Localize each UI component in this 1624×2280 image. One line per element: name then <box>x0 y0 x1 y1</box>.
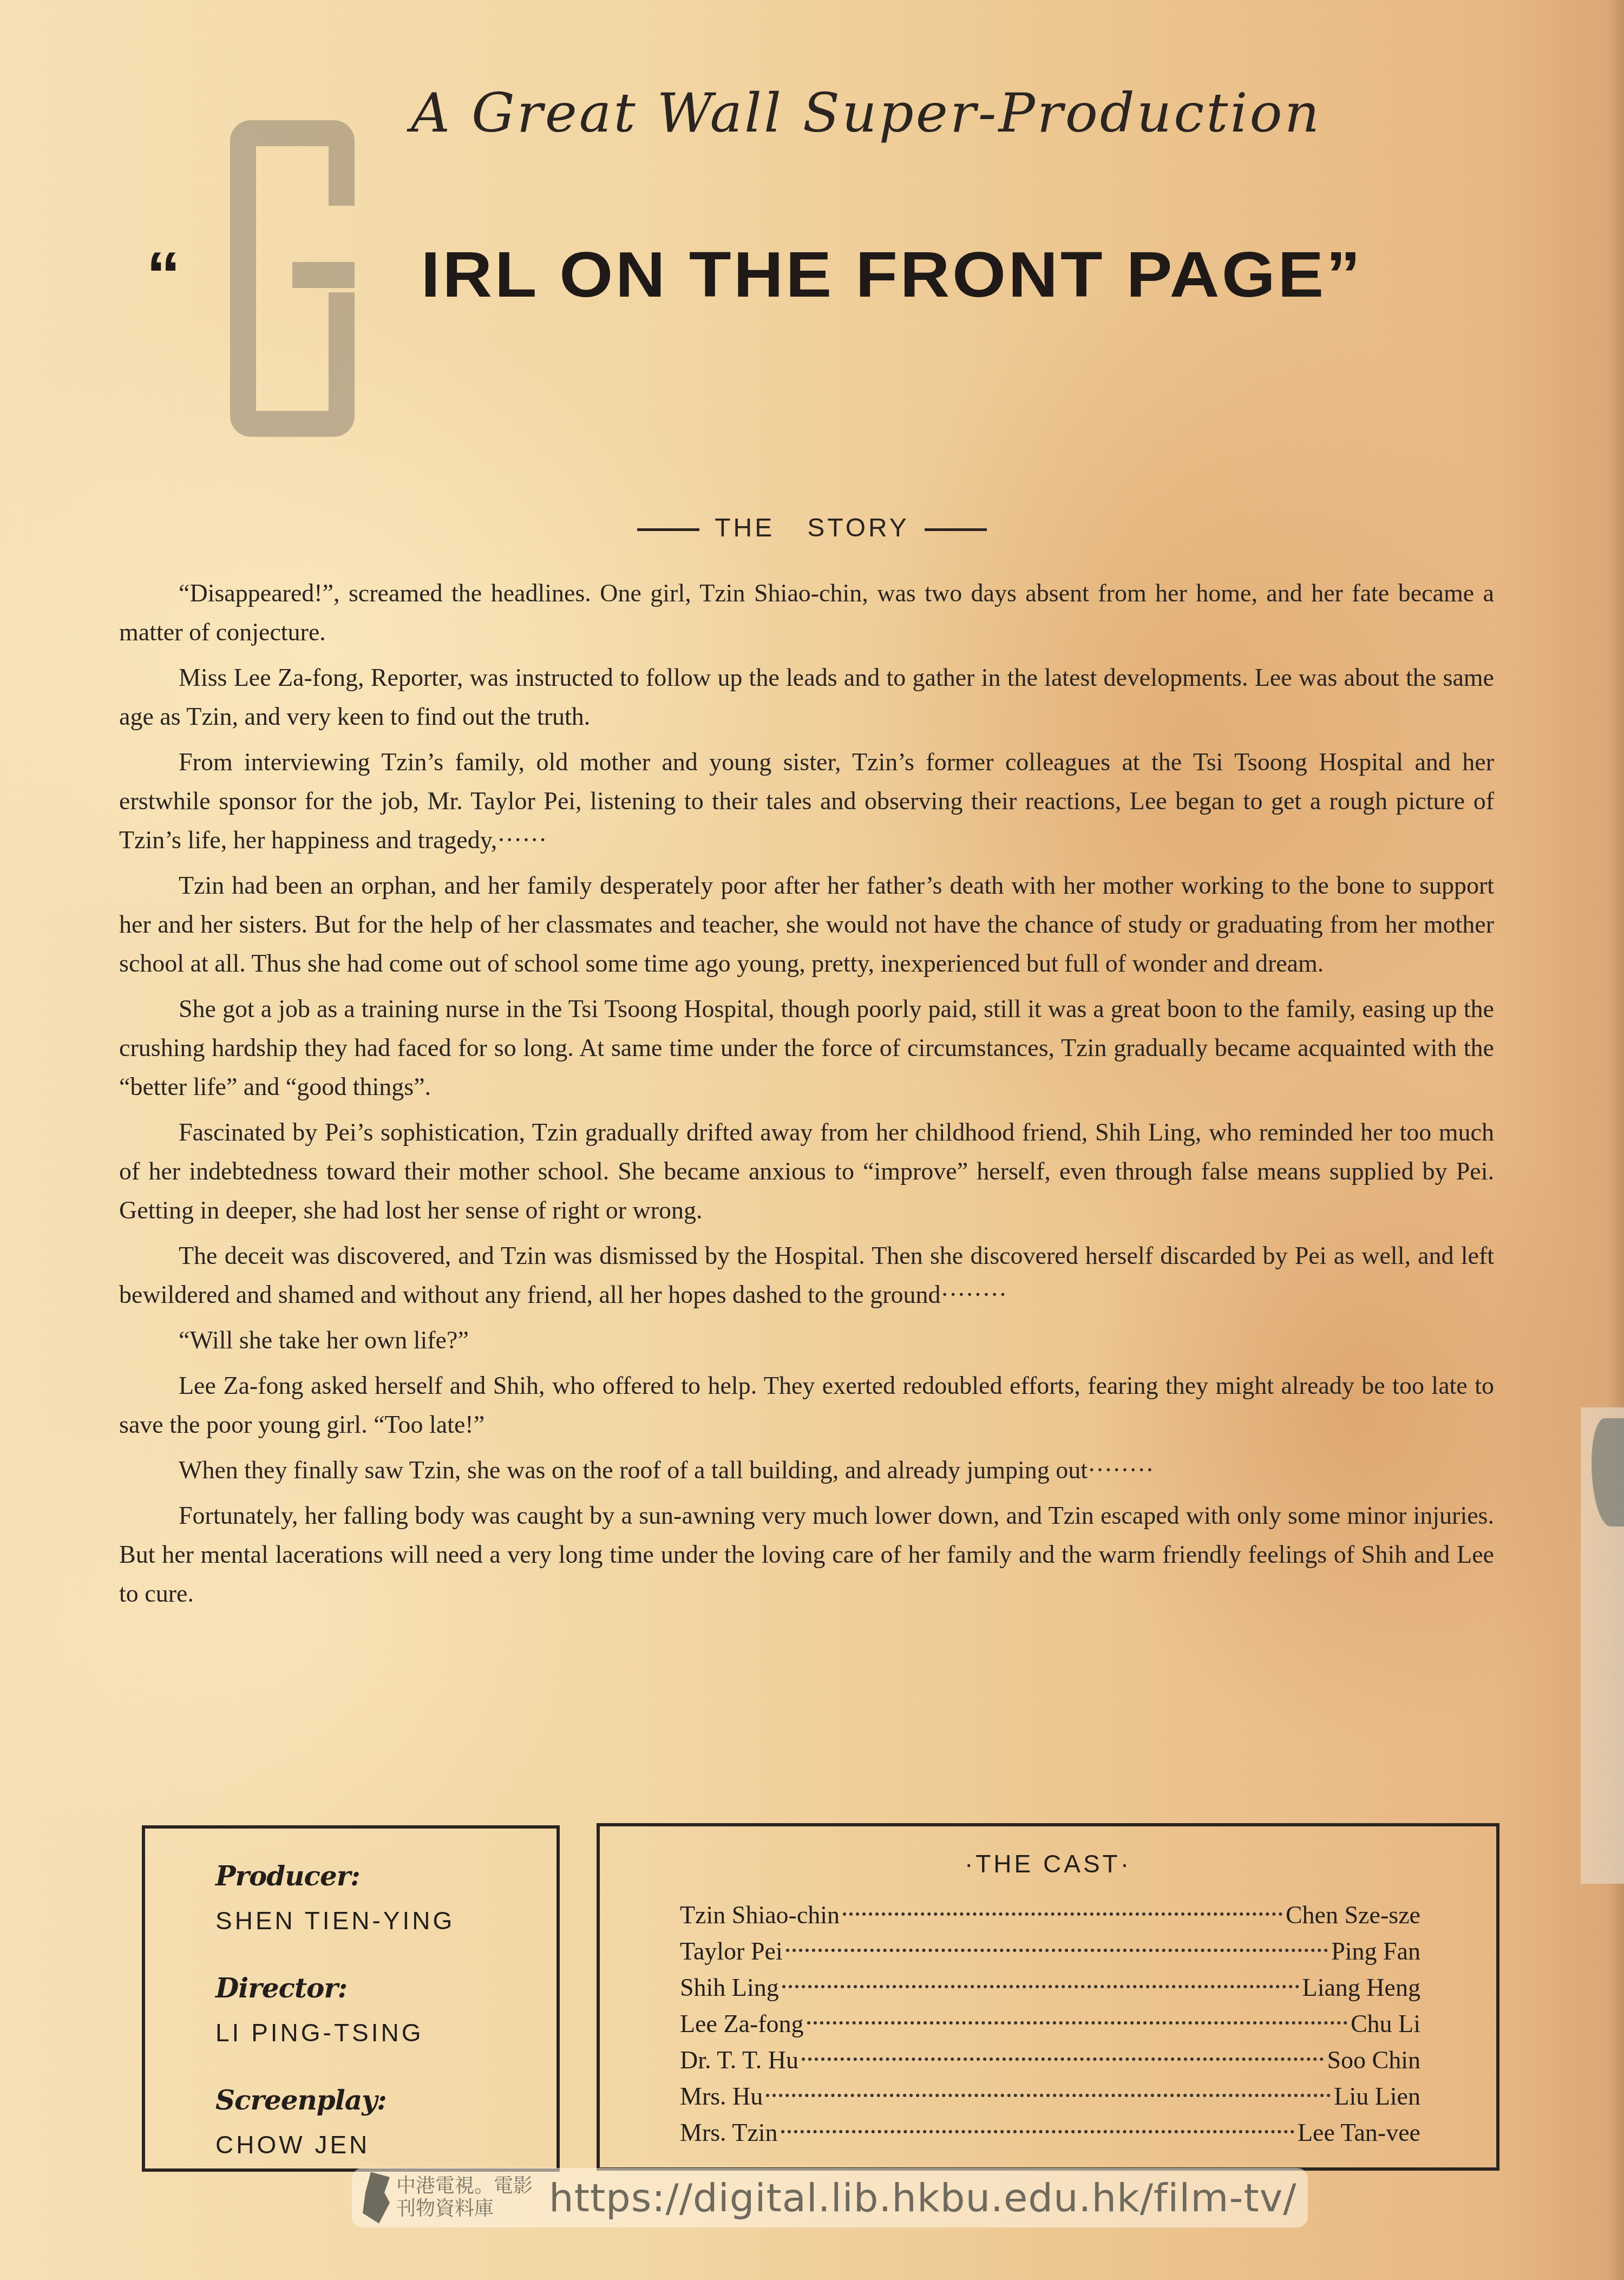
watermark-url[interactable]: https://digital.lib.hkbu.edu.hk/film-tv/ <box>549 2175 1297 2220</box>
actor-name: Soo Chin <box>1327 2042 1420 2078</box>
leader-dots <box>786 1949 1328 1952</box>
cast-row: Tzin Shiao-chinChen Sze-sze <box>680 1897 1420 1933</box>
story-heading: THESTORY <box>0 513 1624 543</box>
cast-box: ·THE CAST· Tzin Shiao-chinChen Sze-sze T… <box>597 1823 1499 2171</box>
cast-title: ·THE CAST· <box>600 1849 1496 1878</box>
story-paragraph: “Disappeared!”, screamed the headlines. … <box>119 574 1494 652</box>
crew-credits-box: Producer: SHEN TIEN-YING Director: LI PI… <box>142 1825 560 2172</box>
actor-name: Chu Li <box>1351 2006 1420 2042</box>
credit-name: SHEN TIEN-YING <box>215 1906 556 1935</box>
watermark-cn-line: 中港電視。電影 <box>396 2175 533 2198</box>
leader-dots <box>807 2021 1347 2025</box>
cast-row: Shih LingLiang Heng <box>680 1969 1420 2006</box>
story-body: “Disappeared!”, screamed the headlines. … <box>119 574 1494 1620</box>
story-paragraph: Lee Za-fong asked herself and Shih, who … <box>119 1366 1494 1444</box>
leader-dots <box>843 1912 1282 1916</box>
watermark-chinese-text: 中港電視。電影 刊物資料庫 <box>396 2175 533 2220</box>
character-name: Taylor Pei <box>680 1933 783 1969</box>
story-paragraph: The deceit was discovered, and Tzin was … <box>119 1236 1494 1314</box>
actor-name: Chen Sze-sze <box>1286 1897 1420 1933</box>
film-camera-logo-icon <box>363 2172 390 2224</box>
credit-name: LI PING-TSING <box>215 2018 556 2047</box>
story-paragraph: Fortunately, her falling body was caught… <box>119 1496 1494 1613</box>
cast-row: Taylor PeiPing Fan <box>680 1933 1420 1969</box>
story-paragraph: She got a job as a training nurse in the… <box>119 990 1494 1106</box>
title-text: IRL ON THE FRONT PAGE” <box>421 239 1363 311</box>
leader-dots <box>802 2058 1324 2061</box>
cast-list: Tzin Shiao-chinChen Sze-sze Taylor PeiPi… <box>680 1897 1420 2151</box>
story-paragraph: When they finally saw Tzin, she was on t… <box>119 1451 1494 1490</box>
heading-rule-left <box>637 528 699 531</box>
cast-row: Lee Za-fongChu Li <box>680 2006 1420 2042</box>
story-paragraph: “Will she take her own life?” <box>119 1321 1494 1360</box>
actor-name: Liang Heng <box>1302 1969 1420 2006</box>
story-paragraph: Tzin had been an orphan, and her family … <box>119 866 1494 983</box>
page-title: “IRL ON THE FRONT PAGE” <box>146 238 1363 312</box>
character-name: Tzin Shiao-chin <box>680 1897 840 1933</box>
paper-edge-shadow <box>1608 0 1624 2280</box>
character-name: Shih Ling <box>680 1969 779 2006</box>
credit-name: CHOW JEN <box>215 2130 556 2159</box>
character-name: Lee Za-fong <box>680 2006 804 2042</box>
credit-role: Screenplay: <box>215 2084 556 2116</box>
library-watermark: 中港電視。電影 刊物資料庫 https://digital.lib.hkbu.e… <box>352 2168 1308 2227</box>
leader-dots <box>766 2094 1331 2097</box>
actor-name: Ping Fan <box>1331 1933 1420 1969</box>
heading-word: THE <box>715 514 775 542</box>
cast-row: Mrs. TzinLee Tan-vee <box>680 2114 1420 2151</box>
leader-dots <box>782 1985 1299 1988</box>
leader-dots <box>781 2130 1294 2133</box>
character-name: Mrs. Tzin <box>680 2114 778 2151</box>
credit-role: Producer: <box>215 1860 556 1892</box>
watermark-cn-line: 刊物資料庫 <box>396 2198 533 2220</box>
credit-role: Director: <box>215 1972 556 2004</box>
title-open-quote: “ <box>146 238 421 312</box>
story-paragraph: Miss Lee Za-fong, Reporter, was instruct… <box>119 658 1494 736</box>
heading-rule-right <box>925 528 987 531</box>
story-paragraph: Fascinated by Pei’s sophistication, Tzin… <box>119 1113 1494 1230</box>
character-name: Mrs. Hu <box>680 2078 763 2114</box>
cast-row: Dr. T. T. HuSoo Chin <box>680 2042 1420 2078</box>
heading-word: STORY <box>807 514 909 542</box>
cast-row: Mrs. HuLiu Lien <box>680 2078 1420 2114</box>
story-paragraph: From interviewing Tzin’s family, old mot… <box>119 743 1494 860</box>
character-name: Dr. T. T. Hu <box>680 2042 798 2078</box>
actor-name: Lee Tan-vee <box>1298 2114 1420 2151</box>
actor-name: Liu Lien <box>1334 2078 1420 2114</box>
